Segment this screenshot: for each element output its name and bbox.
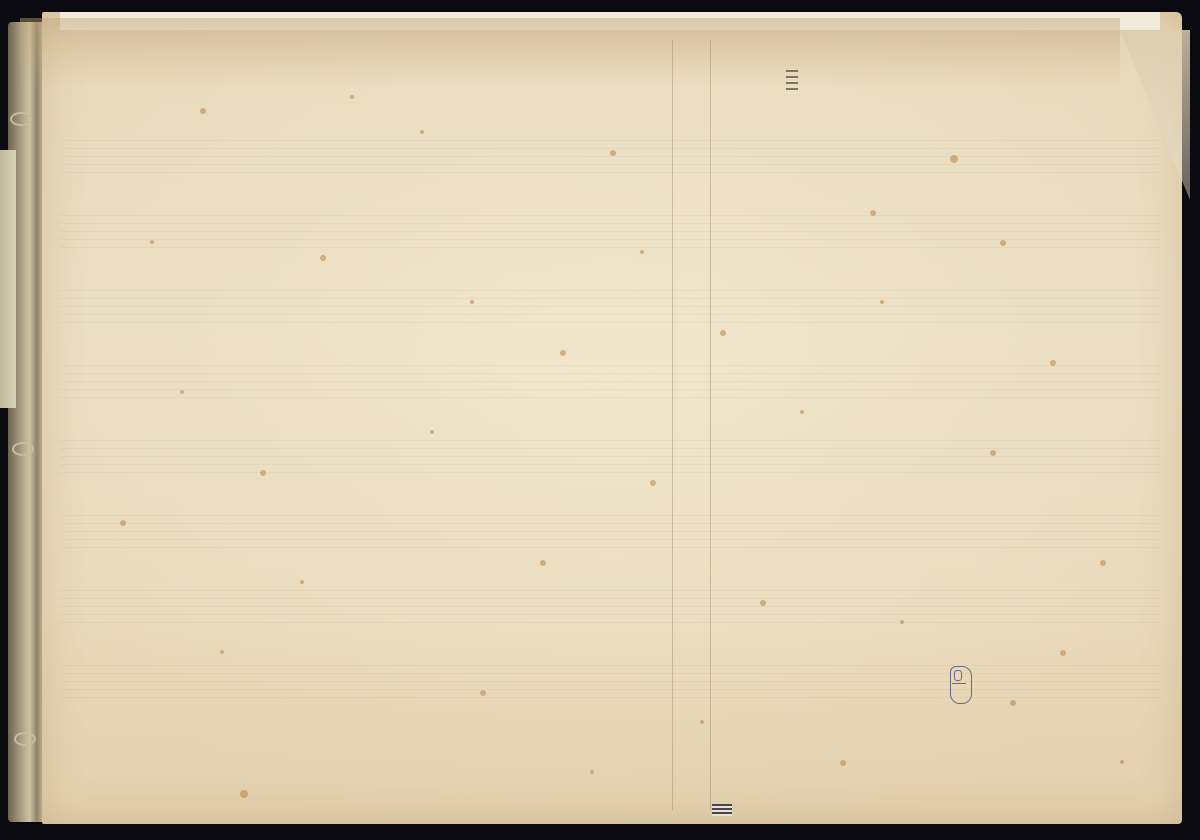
- foxing-spot: [1120, 760, 1124, 764]
- foxing-spot: [700, 720, 704, 724]
- foxing-spot: [480, 690, 486, 696]
- binding-string: [14, 732, 36, 746]
- foxing-spot: [430, 430, 434, 434]
- staff-line: [60, 665, 1160, 666]
- foxing-spot: [800, 410, 804, 414]
- staff-line: [60, 440, 1160, 441]
- foxing-spot: [180, 390, 184, 394]
- staff-line: [60, 448, 1160, 449]
- staff-line: [60, 239, 1160, 240]
- staff-line: [60, 306, 1160, 307]
- foxing-spot: [950, 155, 958, 163]
- foxing-spot: [150, 240, 154, 244]
- foxing-spot: [220, 650, 224, 654]
- foxing-spot: [200, 108, 206, 114]
- foxing-spot: [1100, 560, 1106, 566]
- foxing-spot: [1010, 700, 1016, 706]
- staff-line: [60, 397, 1160, 398]
- foxing-spot: [990, 450, 996, 456]
- foxing-spot: [870, 210, 876, 216]
- foxing-spot: [760, 600, 766, 606]
- foxing-spot: [560, 350, 566, 356]
- staff-line: [60, 531, 1160, 532]
- staff-line: [60, 622, 1160, 623]
- staff-line: [60, 598, 1160, 599]
- foxing-spot: [590, 770, 594, 774]
- staff-line: [60, 614, 1160, 615]
- binding-string: [10, 112, 32, 126]
- staff-line: [60, 456, 1160, 457]
- binding-string: [12, 442, 34, 456]
- staff-line: [60, 247, 1160, 248]
- staff-line: [60, 231, 1160, 232]
- staff-line: [60, 523, 1160, 524]
- crease: [710, 40, 711, 810]
- staff-line: [60, 290, 1160, 291]
- foxing-spot: [650, 480, 656, 486]
- foxing-spot: [880, 300, 884, 304]
- staff-line: [60, 539, 1160, 540]
- staff-line: [60, 515, 1160, 516]
- foxing-spot: [1050, 360, 1056, 366]
- foxing-spot: [1000, 240, 1006, 246]
- foxing-spot: [120, 520, 126, 526]
- staff-line: [60, 172, 1160, 173]
- staff-line: [60, 381, 1160, 382]
- staff-line: [60, 322, 1160, 323]
- foxing-spot: [470, 300, 474, 304]
- staff-line: [60, 164, 1160, 165]
- foxing-spot: [1060, 650, 1066, 656]
- foxing-spot: [260, 470, 266, 476]
- foxing-spot: [420, 130, 424, 134]
- staff-line: [60, 365, 1160, 366]
- staff-line: [60, 223, 1160, 224]
- staff-line: [60, 140, 1160, 141]
- foxing-spot: [320, 255, 326, 261]
- staff-line: [60, 156, 1160, 157]
- staff-line: [60, 689, 1160, 690]
- staff-line: [60, 472, 1160, 473]
- ink-ticks-bottom: [712, 804, 732, 816]
- staff-line: [60, 298, 1160, 299]
- ink-ticks-top: [786, 70, 798, 92]
- foxing-spot: [350, 95, 354, 99]
- foxing-spot: [300, 580, 304, 584]
- foxing-spot: [240, 790, 248, 798]
- crease: [672, 40, 673, 810]
- foxing-spot: [840, 760, 846, 766]
- staff-line: [60, 314, 1160, 315]
- staff-line: [60, 697, 1160, 698]
- staff-line: [60, 215, 1160, 216]
- page-tab: [0, 150, 16, 408]
- staff-line: [60, 606, 1160, 607]
- foxing-spot: [720, 330, 726, 336]
- staff-line: [60, 389, 1160, 390]
- foxing-spot: [540, 560, 546, 566]
- staff-line: [60, 681, 1160, 682]
- pencil-mark-icon: [950, 666, 972, 704]
- foxing-spot: [900, 620, 904, 624]
- staff-line: [60, 373, 1160, 374]
- staff-line: [60, 673, 1160, 674]
- water-stain: [20, 18, 1120, 88]
- staff-line: [60, 590, 1160, 591]
- staff-line: [60, 464, 1160, 465]
- foxing-spot: [610, 150, 616, 156]
- staff-line: [60, 148, 1160, 149]
- staff-line: [60, 547, 1160, 548]
- foxing-spot: [640, 250, 644, 254]
